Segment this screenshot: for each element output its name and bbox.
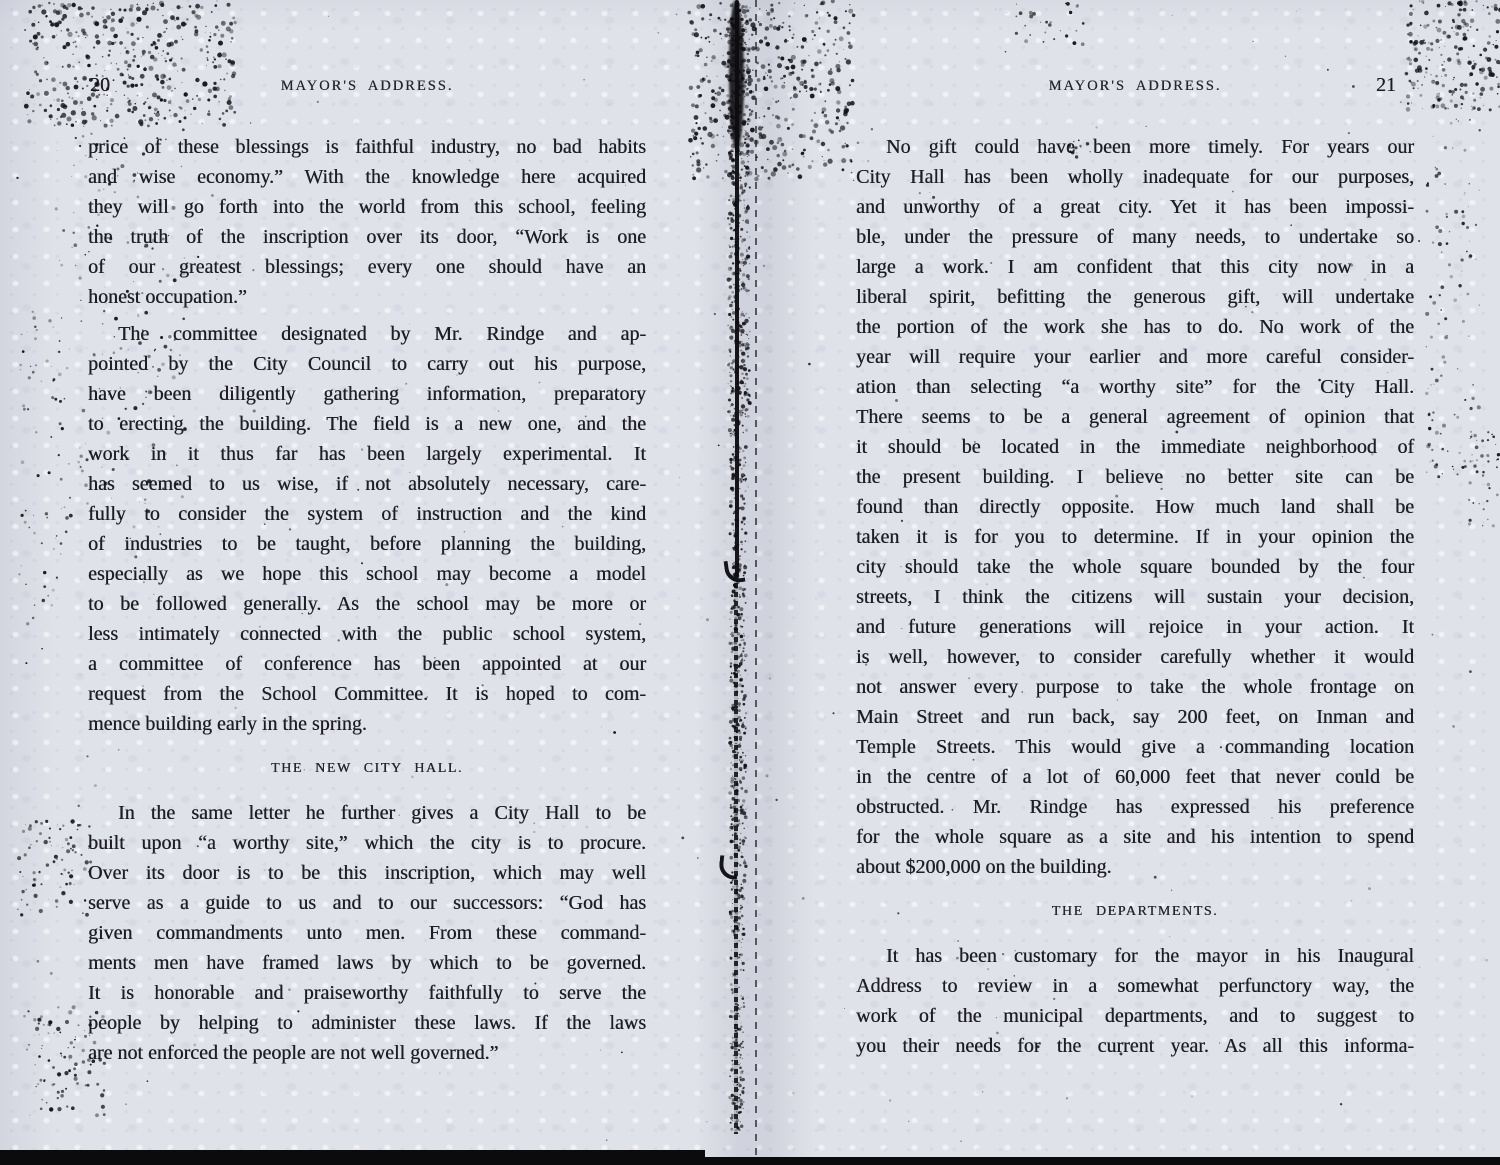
- text-line: especially as we hope this school may be…: [88, 559, 646, 589]
- text-line: for the whole square as a site and his i…: [856, 822, 1414, 852]
- text-line: to be followed generally. As the school …: [88, 589, 646, 619]
- text-line: in the centre of a lot of 60,000 feet th…: [856, 762, 1414, 792]
- left-page-header: 20 MAYOR'S ADDRESS.: [88, 62, 646, 100]
- text-line: less intimately connected with the publi…: [88, 619, 646, 649]
- text-line: are not enforced the people are not well…: [88, 1038, 646, 1068]
- text-line: ble, under the pressure of many needs, t…: [856, 222, 1414, 252]
- book-gutter: [734, 574, 738, 1134]
- paragraph: The committee designated by Mr. Rindge a…: [88, 319, 646, 739]
- text-line: Main Street and run back, say 200 feet, …: [856, 702, 1414, 732]
- text-line: given commandments unto men. From these …: [88, 918, 646, 948]
- left-page: 20 MAYOR'S ADDRESS. price of these bless…: [88, 62, 646, 1075]
- scan-noise: [25, 0, 27, 2]
- text-line: Over its door is to be this inscription,…: [88, 858, 646, 888]
- text-line: the truth of the inscription over its do…: [88, 222, 646, 252]
- text-line: found than directly opposite. How much l…: [856, 492, 1414, 522]
- running-header: MAYOR'S ADDRESS.: [88, 78, 646, 95]
- text-line: It is honorable and praiseworthy faithfu…: [88, 978, 646, 1008]
- scan-noise: [18, 300, 20, 302]
- text-line: work of the municipal departments, and t…: [856, 1001, 1414, 1031]
- text-line: about $200,000 on the building.: [856, 852, 1414, 882]
- paragraph: No gift could have been more timely. For…: [856, 132, 1414, 882]
- text-line: built upon “a worthy site,” which the ci…: [88, 828, 646, 858]
- text-line: and unworthy of a great city. Yet it has…: [856, 192, 1414, 222]
- text-line: has seemed to us wise, if not absolutely…: [88, 469, 646, 499]
- scan-noise: [1468, 430, 1470, 432]
- text-line: obstructed. Mr. Rindge has expressed his…: [856, 792, 1414, 822]
- text-line: Address to review in a somewhat perfunct…: [856, 971, 1414, 1001]
- text-line: and future generations will rejoice in y…: [856, 612, 1414, 642]
- text-line: of our greatest blessings; every one sho…: [88, 252, 646, 282]
- text-line: year will require your earlier and more …: [856, 342, 1414, 372]
- page-number: 20: [90, 74, 110, 97]
- text-line: have been diligently gathering informati…: [88, 379, 646, 409]
- text-line: city should take the whole square bounde…: [856, 552, 1414, 582]
- section-heading: THE NEW CITY HALL.: [88, 754, 646, 784]
- scan-noise: [1405, 0, 1407, 2]
- text-line: fully to consider the system of instruct…: [88, 499, 646, 529]
- text-line: Temple Streets. This would give a comman…: [856, 732, 1414, 762]
- text-line: serve as a guide to us and to our succes…: [88, 888, 646, 918]
- page-body: No gift could have been more timely. For…: [856, 132, 1414, 1061]
- book-spread-scan: 20 MAYOR'S ADDRESS. price of these bless…: [0, 0, 1500, 1165]
- text-line: liberal spirit, befitting the generous g…: [856, 282, 1414, 312]
- text-line: to erecting the building. The field is a…: [88, 409, 646, 439]
- text-line: the portion of the work she has to do. N…: [856, 312, 1414, 342]
- text-line: taken it is for you to determine. If in …: [856, 522, 1414, 552]
- text-line: The committee designated by Mr. Rindge a…: [88, 319, 646, 349]
- text-line: It has been customary for the mayor in h…: [856, 941, 1414, 971]
- text-line: There seems to be a general agreement of…: [856, 402, 1414, 432]
- scan-noise: [18, 820, 20, 822]
- page-body: price of these blessings is faithful ind…: [88, 132, 646, 1068]
- text-line: it should be located in the immediate ne…: [856, 432, 1414, 462]
- text-line: pointed by the City Council to carry out…: [88, 349, 646, 379]
- right-page-header: MAYOR'S ADDRESS. 21: [856, 62, 1414, 100]
- text-line: No gift could have been more timely. For…: [856, 132, 1414, 162]
- text-line: the present building. I believe no bette…: [856, 462, 1414, 492]
- scan-noise: [1015, 0, 1017, 2]
- scan-noise: [0, 0, 2, 2]
- paragraph: In the same letter he further gives a Ci…: [88, 798, 646, 1068]
- text-line: mence building early in the spring.: [88, 709, 646, 739]
- text-line: they will go forth into the world from t…: [88, 192, 646, 222]
- text-line: request from the School Committee. It is…: [88, 679, 646, 709]
- text-line: is well, however, to consider carefully …: [856, 642, 1414, 672]
- page-number: 21: [1376, 74, 1396, 97]
- text-line: streets, I think the citizens will susta…: [856, 582, 1414, 612]
- paragraph: price of these blessings is faithful ind…: [88, 132, 646, 312]
- book-gutter: [755, 0, 757, 1165]
- scan-noise: [22, 1005, 24, 1007]
- paragraph: It has been customary for the mayor in h…: [856, 941, 1414, 1061]
- text-line: and wise economy.” With the knowledge he…: [88, 162, 646, 192]
- text-line: ation than selecting “a worthy site” for…: [856, 372, 1414, 402]
- text-line: not answer every purpose to take the who…: [856, 672, 1414, 702]
- scan-noise: [55, 110, 57, 112]
- scan-noise: [1425, 90, 1427, 92]
- scan-noise: [688, 0, 690, 2]
- text-line: you their needs for the current year. As…: [856, 1031, 1414, 1061]
- scan-edge: [0, 1157, 1500, 1165]
- text-line: price of these blessings is faithful ind…: [88, 132, 646, 162]
- text-line: large a work. I am confident that this c…: [856, 252, 1414, 282]
- text-line: work in it thus far has been largely exp…: [88, 439, 646, 469]
- section-heading: THE DEPARTMENTS.: [856, 897, 1414, 927]
- text-line: ments men have framed laws by which to b…: [88, 948, 646, 978]
- right-page: MAYOR'S ADDRESS. 21 No gift could have b…: [856, 62, 1414, 1068]
- text-line: of industries to be taught, before plann…: [88, 529, 646, 559]
- text-line: a committee of conference has been appoi…: [88, 649, 646, 679]
- text-line: people by helping to administer these la…: [88, 1008, 646, 1038]
- text-line: In the same letter he further gives a Ci…: [88, 798, 646, 828]
- running-header: MAYOR'S ADDRESS.: [856, 78, 1414, 95]
- text-line: City Hall has been wholly inadequate for…: [856, 162, 1414, 192]
- text-line: honest occupation.”: [88, 282, 646, 312]
